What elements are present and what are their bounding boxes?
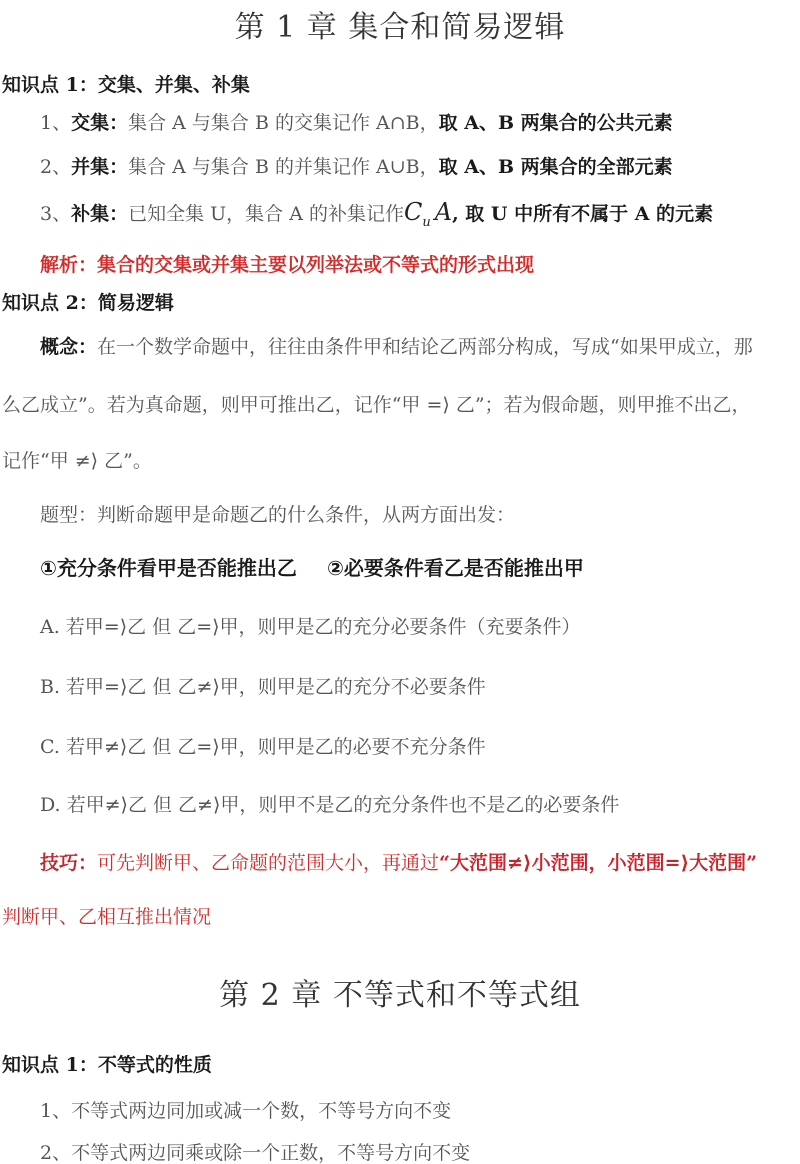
ch2-item-1: 1、不等式两边同加或减一个数，不等号方向不变 — [40, 1096, 451, 1123]
chapter-2-title: 第 2 章 不等式和不等式组 — [0, 970, 800, 1014]
item-number: 3、 — [40, 203, 71, 225]
rule-sufficient: ①充分条件看甲是否能推出乙 — [40, 556, 297, 580]
option-b: B. 若甲=⟩乙 但 乙≠⟩甲，则甲是乙的充分不必要条件 — [40, 672, 486, 699]
concept-line-2: 么乙成立”。若为真命题，则甲可推出乙，记作“甲 =⟩ 乙”；若为假命题，则甲推不… — [2, 390, 751, 417]
chapter-1-title: 第 1 章 集合和简易逻辑 — [0, 2, 800, 46]
item-term: 交集： — [71, 112, 128, 134]
kp1-item-intersection: 1、交集：集合 A 与集合 B 的交集记作 A∩B，取 A、B 两集合的公共元素 — [40, 108, 673, 135]
analysis-label: 解析： — [40, 254, 97, 276]
kp1-item-complement: 3、补集：已知全集 U，集合 A 的补集记作CuA, 取 U 中所有不属于 A … — [40, 198, 713, 230]
tip-line-1: 技巧：可先判断甲、乙命题的范围大小，再通过“大范围≠⟩小范围，小范围=⟩大范围” — [40, 848, 757, 875]
tip-text: 可先判断甲、乙命题的范围大小，再通过 — [97, 852, 439, 874]
kp2-heading: 知识点 2：简易逻辑 — [2, 288, 174, 315]
item-term: 并集： — [71, 156, 128, 178]
option-a: A. 若甲=⟩乙 但 乙=⟩甲，则甲是乙的充分必要条件（充要条件） — [40, 612, 581, 639]
item-desc: 集合 A 与集合 B 的并集记作 A∪B， — [128, 156, 439, 178]
item-term: 补集： — [71, 203, 128, 225]
concept-line-1: 概念：在一个数学命题中，往往由条件甲和结论乙两部分构成，写成“如果甲成立，那 — [40, 332, 753, 359]
item-tail: , 取 U 中所有不属于 A 的元素 — [452, 203, 713, 225]
ch2-kp1-heading: 知识点 1：不等式的性质 — [2, 1050, 212, 1077]
option-c: C. 若甲≠⟩乙 但 乙=⟩甲，则甲是乙的必要不充分条件 — [40, 732, 486, 759]
kp1-heading: 知识点 1：交集、并集、补集 — [2, 70, 250, 97]
tip-line-2: 判断甲、乙相互推出情况 — [2, 902, 211, 929]
rule-necessary: ②必要条件看乙是否能推出甲 — [327, 556, 584, 580]
item-desc: 已知全集 U，集合 A 的补集记作 — [128, 203, 404, 225]
item-tail: 取 A、B 两集合的全部元素 — [439, 156, 673, 178]
kp1-analysis: 解析：集合的交集或并集主要以列举法或不等式的形式出现 — [40, 250, 534, 277]
option-d: D. 若甲≠⟩乙 但 乙≠⟩甲，则甲不是乙的充分条件也不是乙的必要条件 — [40, 790, 619, 817]
concept-label: 概念： — [40, 336, 97, 358]
item-number: 1、 — [40, 112, 71, 134]
analysis-text: 集合的交集或并集主要以列举法或不等式的形式出现 — [97, 254, 534, 276]
tip-bold: “大范围≠⟩小范围，小范围=⟩大范围” — [439, 852, 757, 874]
conditions-rules: ①充分条件看甲是否能推出乙②必要条件看乙是否能推出甲 — [40, 552, 584, 581]
kp1-item-union: 2、并集：集合 A 与集合 B 的并集记作 A∪B，取 A、B 两集合的全部元素 — [40, 152, 673, 179]
item-tail: 取 A、B 两集合的公共元素 — [439, 112, 673, 134]
concept-line-3: 记作“甲 ≠⟩ 乙”。 — [2, 446, 152, 473]
complement-math: CuA — [404, 198, 452, 226]
ch2-item-2: 2、不等式两边同乘或除一个正数，不等号方向不变 — [40, 1138, 470, 1164]
item-desc: 集合 A 与集合 B 的交集记作 A∩B， — [128, 112, 439, 134]
item-number: 2、 — [40, 156, 71, 178]
question-type: 题型：判断命题甲是命题乙的什么条件，从两方面出发： — [40, 500, 515, 527]
tip-label: 技巧： — [40, 852, 97, 874]
